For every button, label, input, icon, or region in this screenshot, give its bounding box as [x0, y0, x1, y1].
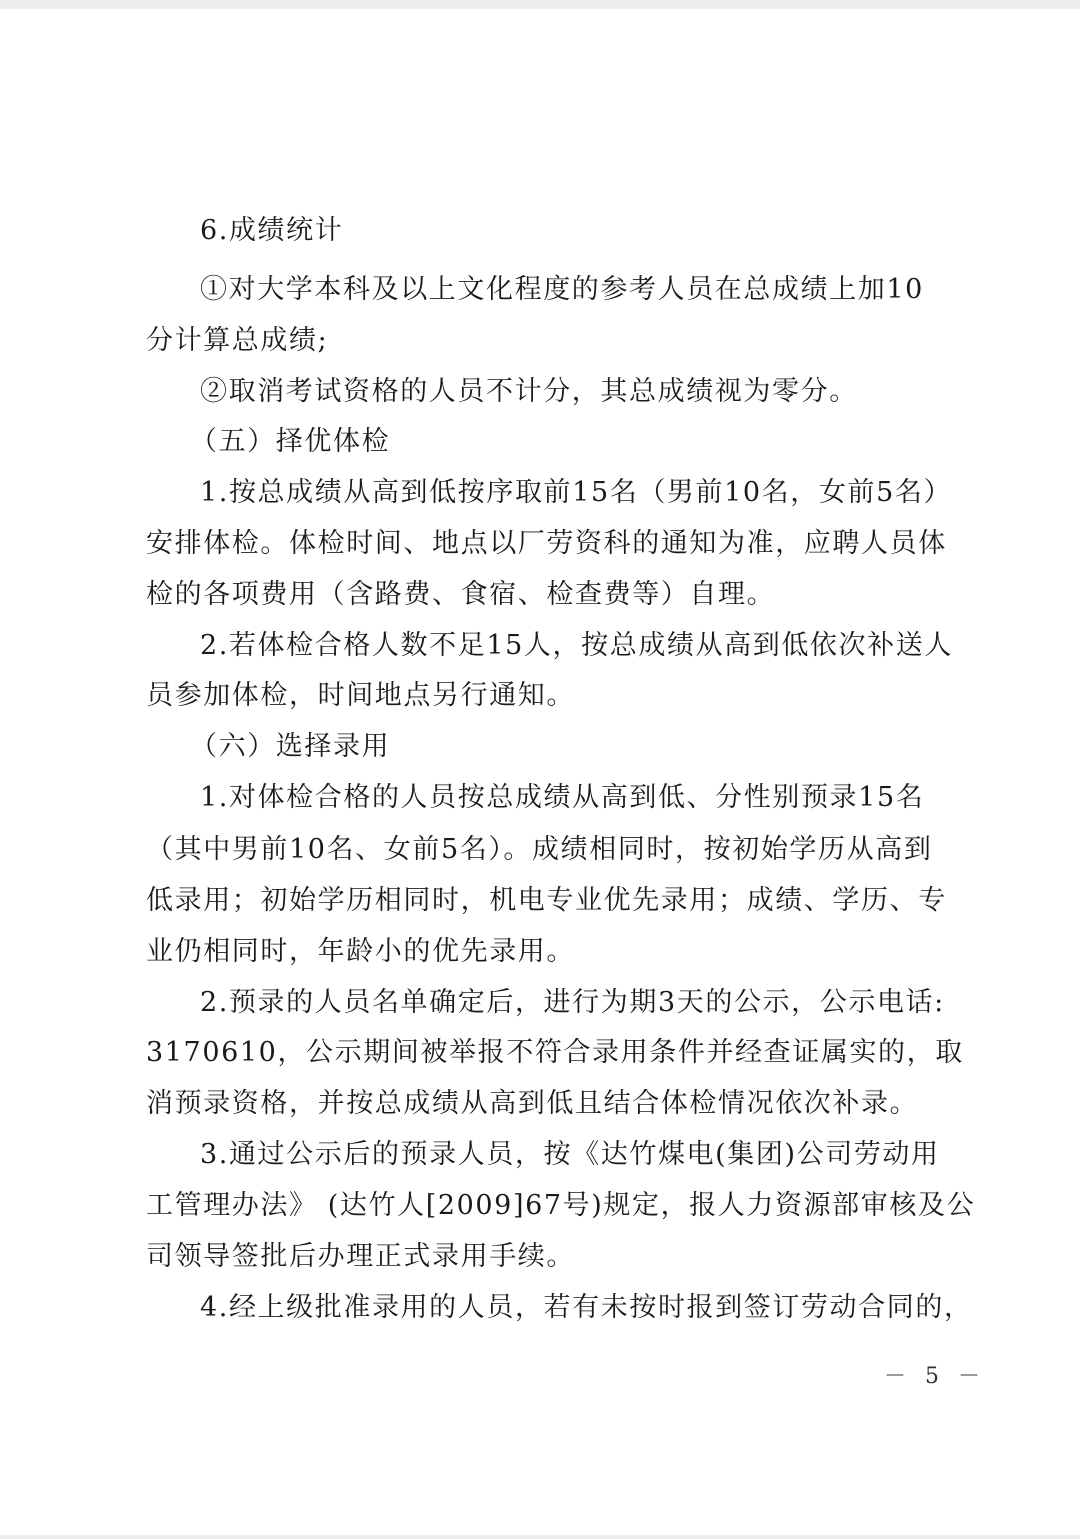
paragraph-line: 2.若体检合格人数不足15人，按总成绩从高到低依次补送人 [200, 629, 953, 663]
paragraph-line: 司领导签批后办理正式录用手续。 [146, 1240, 575, 1274]
paragraph-line: 3170610，公示期间被举报不符合录用条件并经查证属实的，取 [146, 1036, 964, 1070]
paragraph-line: 业仍相同时，年龄小的优先录用。 [146, 935, 575, 969]
paragraph-line: 分计算总成绩; [146, 324, 328, 358]
paragraph-line: （其中男前10名、女前5名）。成绩相同时，按初始学历从高到 [146, 833, 932, 867]
paragraph-line: 3.通过公示后的预录人员，按《达竹煤电(集团)公司劳动用 [200, 1138, 940, 1172]
top-border-strip [0, 0, 1080, 9]
paragraph-line: 安排体检。体检时间、地点以厂劳资科的通知为准，应聘人员体 [146, 527, 947, 561]
paragraph-line: ①对大学本科及以上文化程度的参考人员在总成绩上加10 [200, 273, 924, 307]
subheading-score-statistics: 6.成绩统计 [200, 214, 343, 248]
section-heading-selection-hiring: （六）选择录用 [190, 730, 390, 764]
paragraph-line: 工管理办法》 (达竹人[2009]67号)规定，报人力资源部审核及公 [146, 1189, 975, 1223]
paragraph-line: ②取消考试资格的人员不计分，其总成绩视为零分。 [200, 375, 858, 409]
paragraph-line: 检的各项费用（含路费、食宿、检查费等）自理。 [146, 578, 775, 612]
section-heading-physical-exam: （五）择优体检 [190, 425, 390, 459]
paragraph-line: 2.预录的人员名单确定后，进行为期3天的公示，公示电话: [200, 986, 945, 1020]
paragraph-line: 1.按总成绩从高到低按序取前15名（男前10名，女前5名） [200, 476, 952, 510]
paragraph-line: 低录用；初始学历相同时，机电专业优先录用；成绩、学历、专 [146, 884, 947, 918]
document-page: 6.成绩统计 ①对大学本科及以上文化程度的参考人员在总成绩上加10 分计算总成绩… [0, 9, 1080, 1535]
page-number: － 5 － [884, 1362, 986, 1392]
paragraph-line: 员参加体检，时间地点另行通知。 [146, 679, 575, 713]
bottom-border-strip [0, 1535, 1080, 1539]
paragraph-line: 4.经上级批准录用的人员，若有未按时报到签订劳动合同的， [200, 1291, 973, 1325]
paragraph-line: 1.对体检合格的人员按总成绩从高到低、分性别预录15名 [200, 781, 924, 815]
paragraph-line: 消预录资格，并按总成绩从高到低且结合体检情况依次补录。 [146, 1087, 918, 1121]
